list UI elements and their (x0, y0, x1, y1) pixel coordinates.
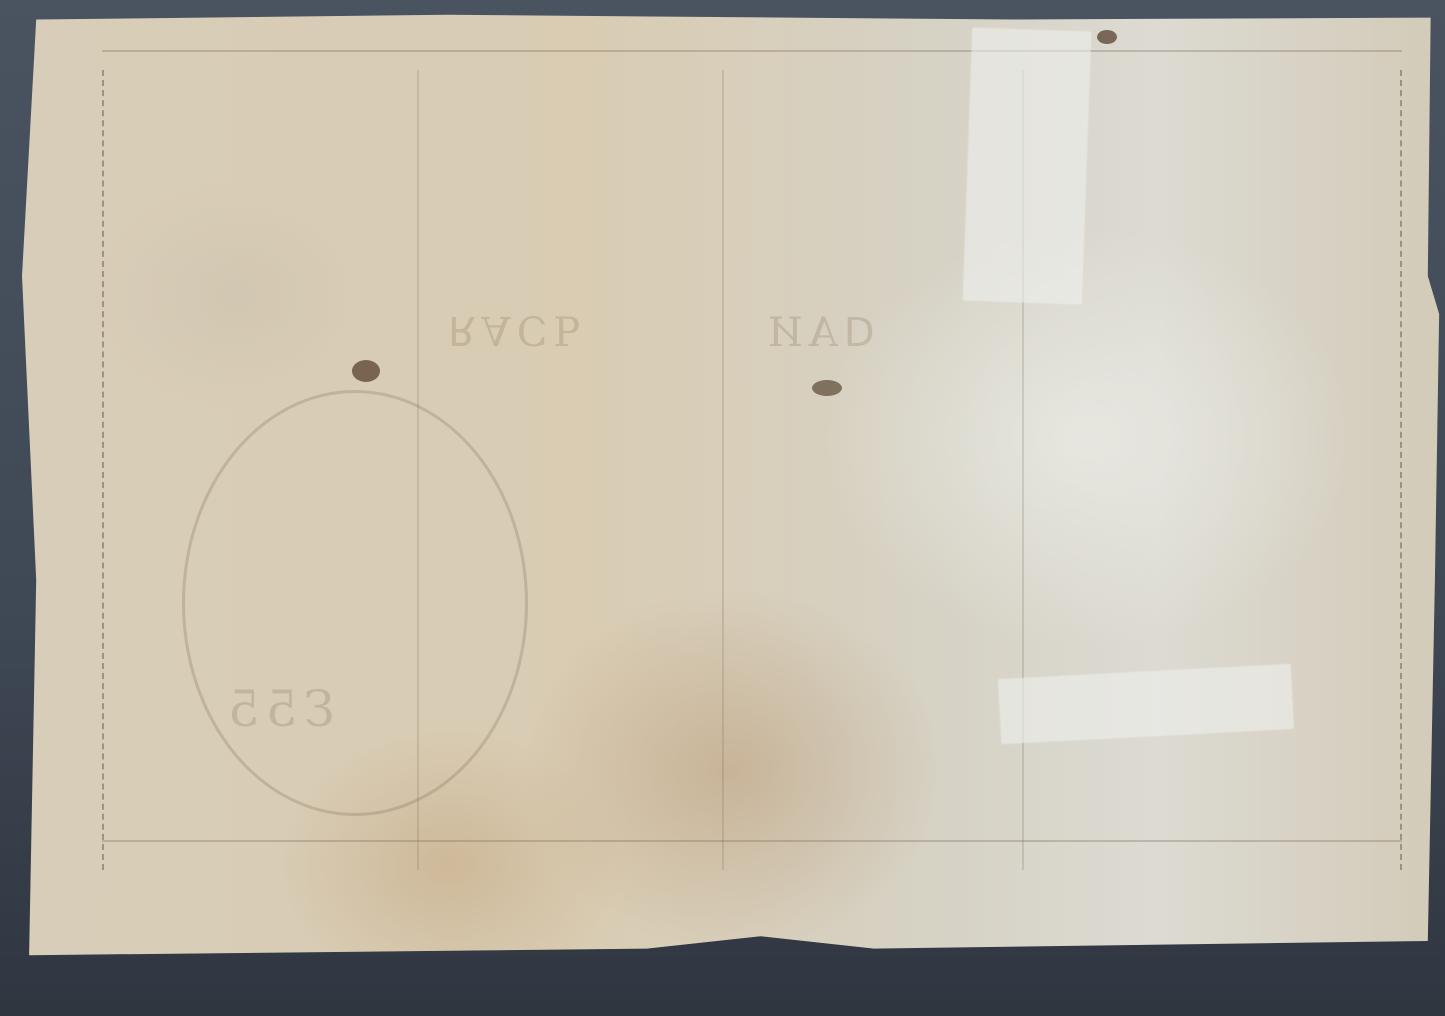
panel-divider (722, 70, 724, 870)
frame-line-right (1400, 70, 1402, 870)
stain-spot (352, 360, 380, 382)
show-through-text: ꟼƆⱯꓤ (442, 310, 580, 356)
stain-spot (1097, 30, 1117, 44)
frame-line-top (102, 50, 1402, 52)
show-through-number: Ɛ55 (222, 680, 335, 738)
show-through-text: ᗡAИ (762, 310, 874, 356)
image-caption: Reverse side of an aged, foxed paper ban… (0, 0, 1, 1)
medallion-outline (182, 390, 528, 816)
frame-line-bottom (102, 840, 1402, 842)
paper-document: ꟼƆⱯꓤ ᗡAИ Ɛ55 (22, 10, 1442, 960)
tape-strip-top (963, 28, 1090, 304)
stain-spot (812, 380, 842, 396)
frame-line-left (102, 70, 104, 870)
